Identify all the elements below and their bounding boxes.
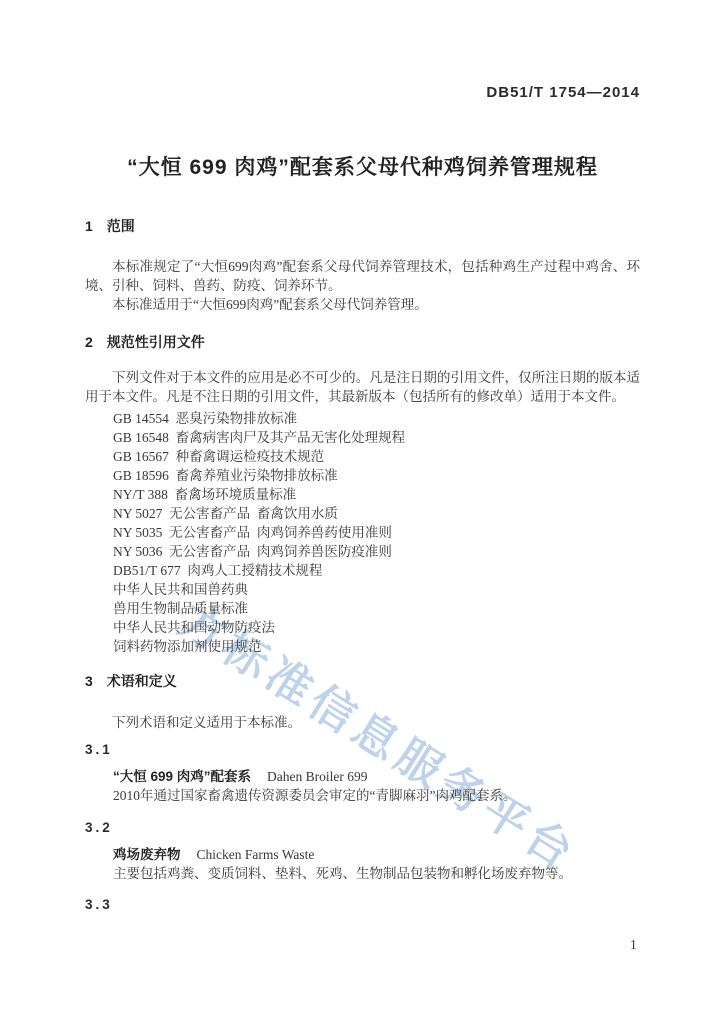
page-number: 1 [630, 937, 637, 953]
term-chinese: 鸡场废弃物 [113, 847, 181, 862]
section-terms: 3术语和定义 下列术语和定义适用于本标准。 3.1 “大恒 699 肉鸡”配套系… [85, 673, 640, 913]
section-references: 2规范性引用文件 下列文件对于本文件的应用是必不可少的。凡是注日期的引用文件，仅… [85, 334, 640, 656]
reference-item: 饲料药物添加剂使用规范 [85, 637, 640, 656]
section-references-heading: 2规范性引用文件 [85, 334, 640, 351]
clause-number: 3.2 [85, 819, 640, 836]
document-title: “大恒 699 肉鸡”配套系父母代种鸡饲养管理规程 [85, 153, 640, 183]
section-heading-text: 规范性引用文件 [107, 334, 205, 350]
scope-paragraph-2: 本标准适用于“大恒699肉鸡”配套系父母代饲养管理。 [85, 295, 640, 314]
term-english: Chicken Farms Waste [197, 847, 315, 862]
reference-item: NY 5036 无公害畜产品 肉鸡饲养兽医防疫准则 [85, 542, 640, 561]
reference-item: NY/T 388 畜禽场环境质量标准 [85, 485, 640, 504]
page-content: DB51/T 1754—2014 “大恒 699 肉鸡”配套系父母代种鸡饲养管理… [0, 84, 724, 913]
reference-item: 兽用生物制品质量标准 [85, 599, 640, 618]
term-definition: 2010年通过国家畜禽遗传资源委员会审定的“青脚麻羽”肉鸡配套系。 [85, 786, 640, 805]
section-number: 2 [85, 334, 93, 350]
clause-number: 3.1 [85, 741, 640, 758]
section-heading-text: 术语和定义 [107, 673, 177, 689]
section-scope: 1范围 本标准规定了“大恒699肉鸡”配套系父母代饲养管理技术，包括种鸡生产过程… [85, 218, 640, 314]
reference-item: GB 16567 种畜禽调运检疫技术规范 [85, 447, 640, 466]
term-english: Dahen Broiler 699 [267, 769, 367, 784]
section-heading-text: 范围 [107, 218, 135, 234]
term-clause-3-3: 3.3 [85, 896, 640, 913]
clause-number: 3.3 [85, 896, 640, 913]
scope-paragraph-1: 本标准规定了“大恒699肉鸡”配套系父母代饲养管理技术，包括种鸡生产过程中鸡舍、… [85, 257, 640, 295]
section-number: 3 [85, 673, 93, 689]
reference-item: GB 16548 畜禽病害肉尸及其产品无害化处理规程 [85, 428, 640, 447]
term-line: 鸡场废弃物Chicken Farms Waste [85, 845, 640, 864]
section-number: 1 [85, 218, 93, 234]
term-line: “大恒 699 肉鸡”配套系Dahen Broiler 699 [85, 767, 640, 786]
reference-item: DB51/T 677 肉鸡人工授精技术规程 [85, 561, 640, 580]
references-intro: 下列文件对于本文件的应用是必不可少的。凡是注日期的引用文件，仅所注日期的版本适用… [85, 368, 640, 406]
references-list: GB 14554 恶臭污染物排放标准 GB 16548 畜禽病害肉尸及其产品无害… [85, 409, 640, 656]
terms-intro: 下列术语和定义适用于本标准。 [85, 713, 640, 732]
term-clause-3-1: 3.1 “大恒 699 肉鸡”配套系Dahen Broiler 699 2010… [85, 741, 640, 805]
term-definition: 主要包括鸡粪、变质饲料、垫料、死鸡、生物制品包装物和孵化场废弃物等。 [85, 864, 640, 883]
reference-item: 中华人民共和国兽药典 [85, 580, 640, 599]
reference-item: 中华人民共和国动物防疫法 [85, 618, 640, 637]
section-scope-heading: 1范围 [85, 218, 640, 235]
standard-number: DB51/T 1754—2014 [85, 84, 640, 101]
section-terms-heading: 3术语和定义 [85, 673, 640, 690]
reference-item: NY 5027 无公害畜产品 畜禽饮用水质 [85, 504, 640, 523]
reference-item: NY 5035 无公害畜产品 肉鸡饲养兽药使用准则 [85, 523, 640, 542]
document-page: 方标准信息服务平台 DB51/T 1754—2014 “大恒 699 肉鸡”配套… [0, 0, 724, 1024]
reference-item: GB 18596 畜禽养殖业污染物排放标准 [85, 466, 640, 485]
term-clause-3-2: 3.2 鸡场废弃物Chicken Farms Waste 主要包括鸡粪、变质饲料… [85, 819, 640, 883]
term-chinese: “大恒 699 肉鸡”配套系 [113, 769, 251, 784]
reference-item: GB 14554 恶臭污染物排放标准 [85, 409, 640, 428]
